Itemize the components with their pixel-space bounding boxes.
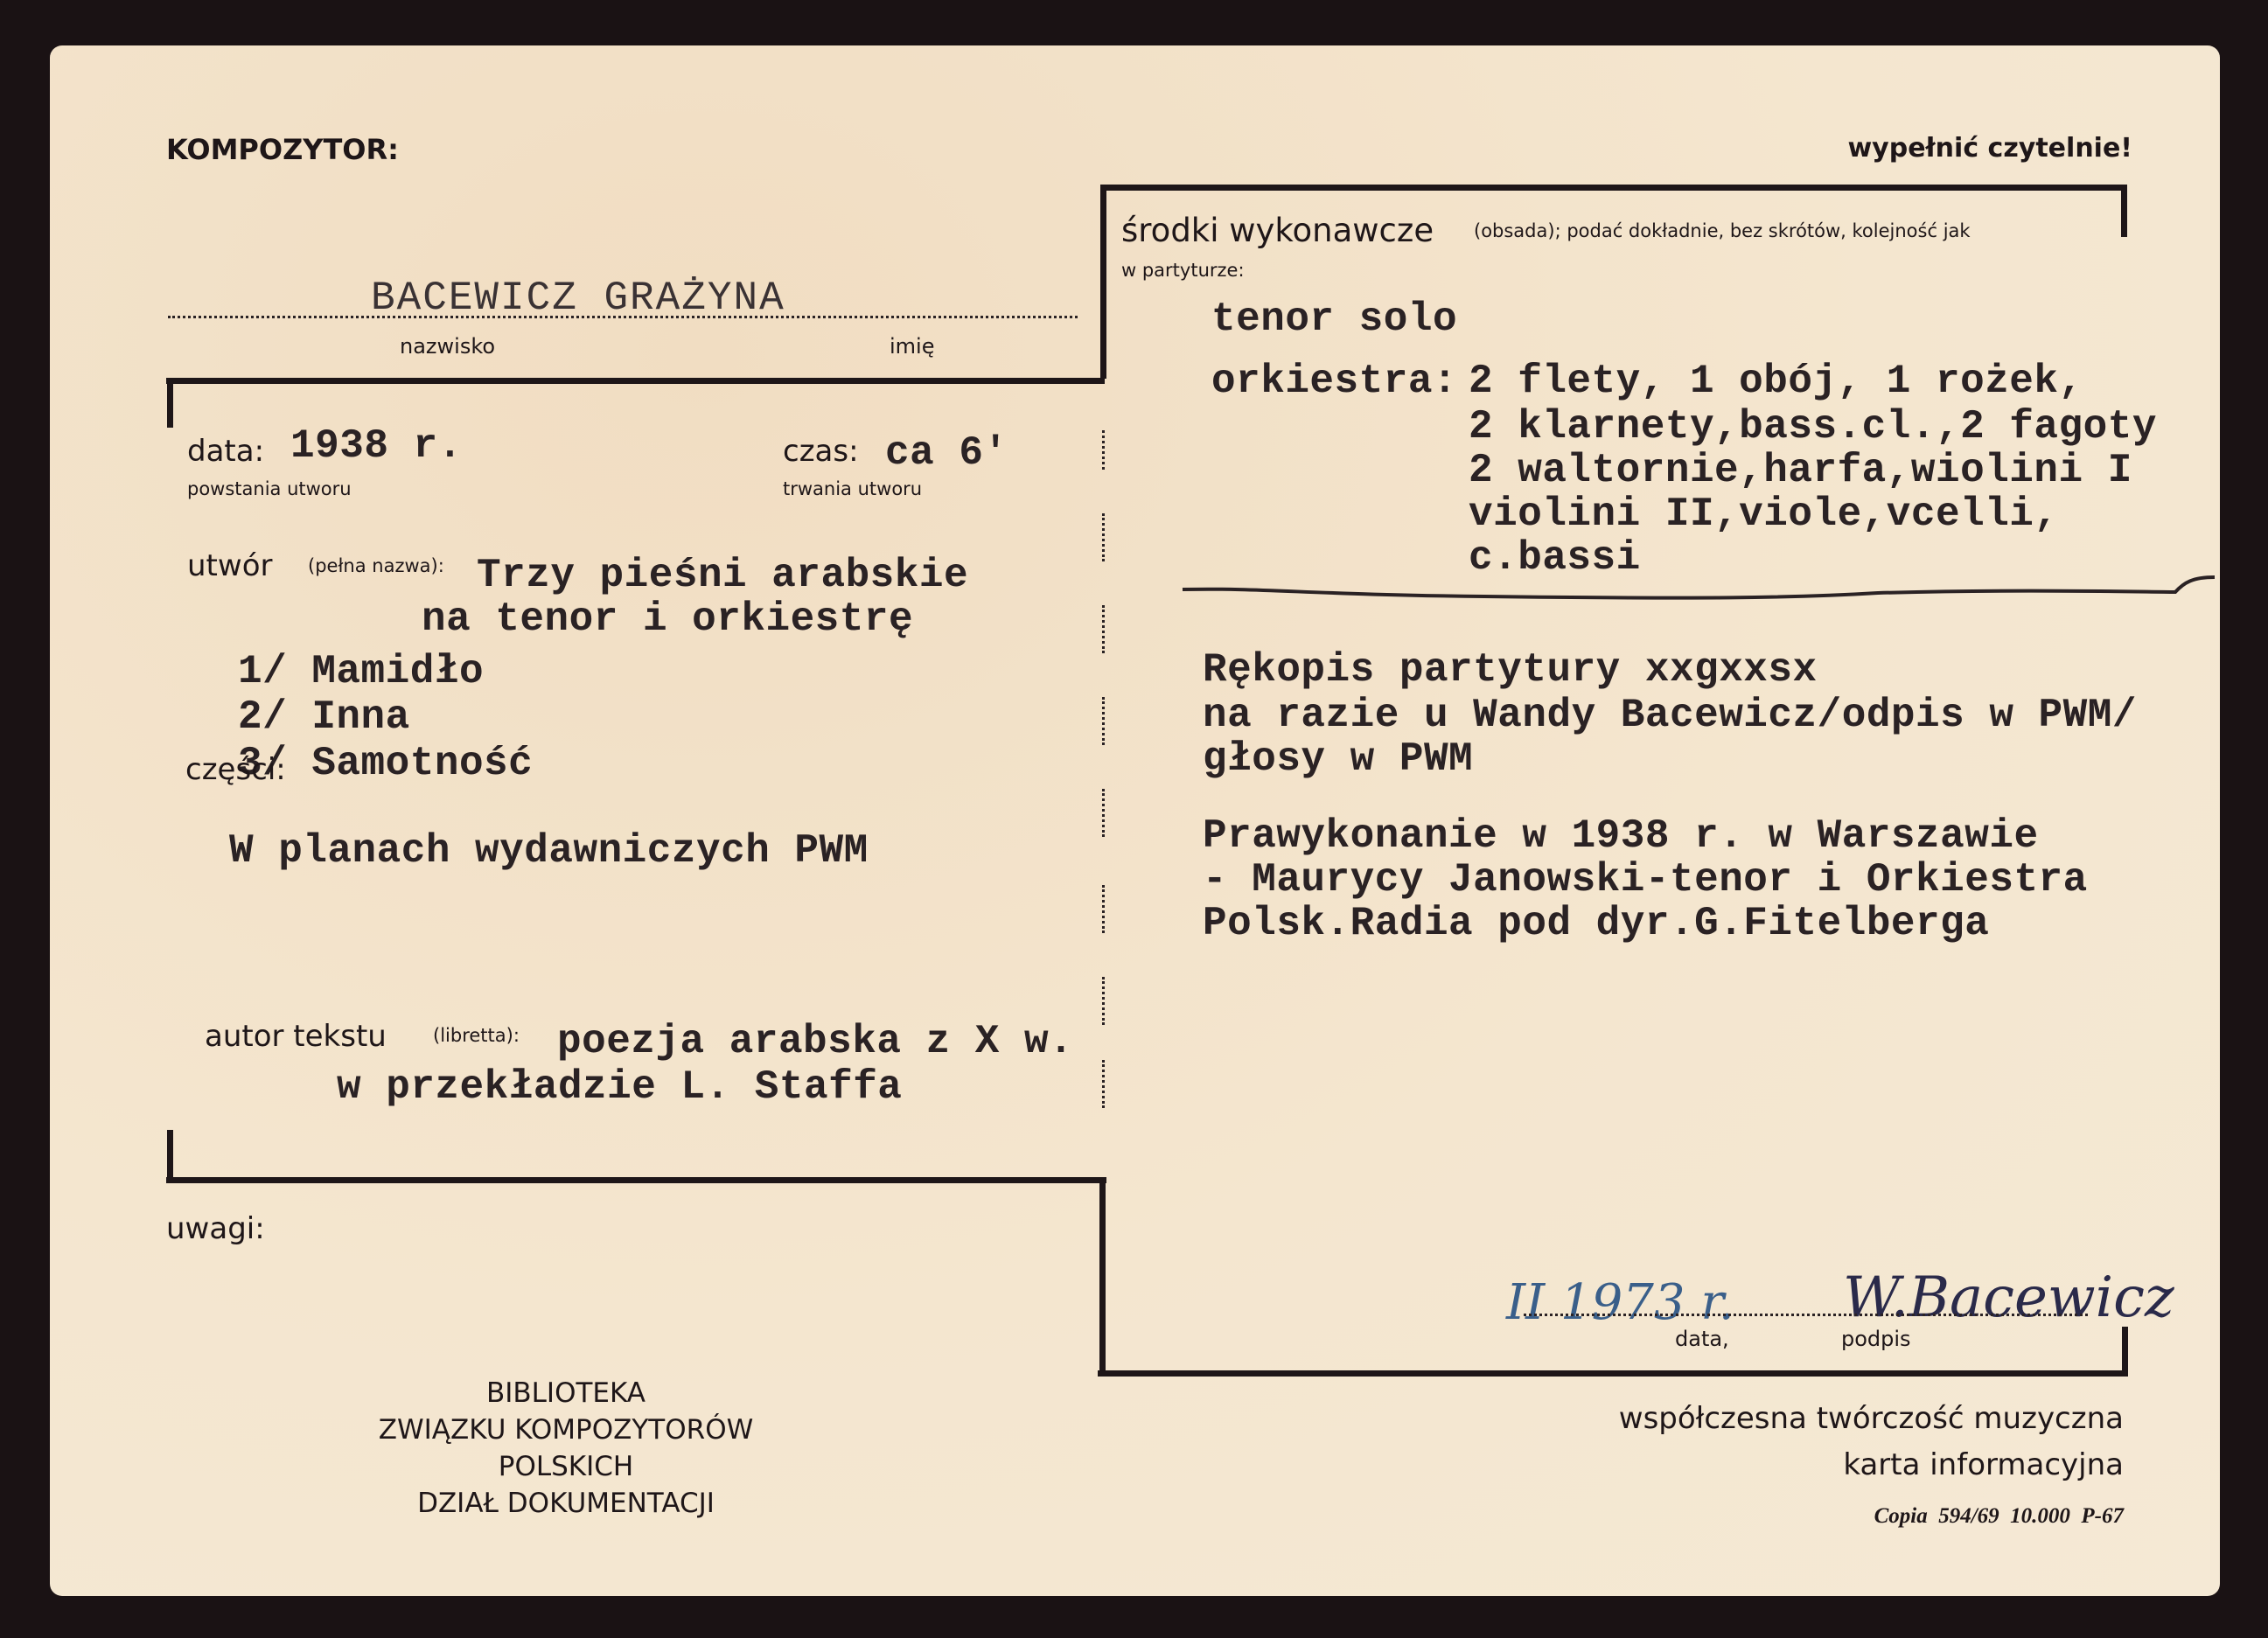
signature-dotted-line bbox=[1524, 1314, 2088, 1316]
manuscript-line: na razie u Wandy Bacewicz/odpis w PWM/ bbox=[1203, 693, 2137, 738]
hand-drawn-separator bbox=[1178, 570, 2228, 605]
work-title-line1: Trzy pieśni arabskie bbox=[477, 553, 968, 598]
left-box-top-tick bbox=[167, 382, 173, 428]
work-label-note: (pełna nazwa): bbox=[308, 555, 444, 576]
left-box-bottom-tick bbox=[167, 1130, 173, 1178]
card-type: karta informacyjna bbox=[1843, 1447, 2124, 1482]
orchestra-line: 2 flety, 1 obój, 1 rożek, bbox=[1469, 359, 2083, 404]
vertical-dotted-separator bbox=[1102, 977, 1105, 1025]
premiere-line: - Maurycy Janowski-tenor i Orkiestra bbox=[1203, 857, 2088, 903]
text-author-line1: poezja arabska z X w. bbox=[557, 1019, 1073, 1064]
right-lower-box-bottom-line bbox=[1098, 1370, 2128, 1377]
duration-value: ca 6′ bbox=[885, 430, 1008, 476]
date-caption: powstania utworu bbox=[187, 478, 352, 499]
date-value: 1938 r. bbox=[290, 423, 463, 469]
duration-label: czas: bbox=[783, 434, 859, 469]
work-label: utwór bbox=[187, 548, 272, 583]
handwritten-signature: W.Bacewicz bbox=[1843, 1265, 2174, 1330]
remarks-label: uwagi: bbox=[166, 1211, 265, 1246]
premiere-line: Polsk.Radia pod dyr.G.Fitelberga bbox=[1203, 901, 1989, 946]
date-label: data: bbox=[187, 434, 264, 469]
library-block: BIBLIOTEKA ZWIĄZKU KOMPOZYTORÓW POLSKICH… bbox=[312, 1375, 820, 1522]
right-box-left-edge bbox=[1100, 188, 1106, 379]
orchestra-line: violini II,viole,vcelli, bbox=[1469, 491, 2059, 537]
text-author-label: autor tekstu bbox=[205, 1019, 387, 1054]
manuscript-line: głosy w PWM bbox=[1203, 736, 1473, 782]
library-line: BIBLIOTEKA bbox=[312, 1375, 820, 1411]
publishing-note: W planach wydawniczych PWM bbox=[229, 828, 869, 874]
text-author-line2: w przekładzie L. Staffa bbox=[337, 1064, 902, 1110]
vertical-dotted-separator bbox=[1102, 605, 1105, 653]
vertical-dotted-separator bbox=[1102, 789, 1105, 837]
right-box-top-line bbox=[1100, 185, 2127, 191]
parts-label: części: bbox=[185, 752, 286, 787]
left-box-bottom-line bbox=[166, 1177, 1106, 1183]
name-dotted-line bbox=[168, 316, 1078, 318]
right-lower-box-tick bbox=[2122, 1327, 2128, 1375]
orchestra-line: 2 klarnety,bass.cl.,2 fagoty bbox=[1469, 404, 2157, 450]
soloist: tenor solo bbox=[1211, 296, 1457, 342]
vertical-dotted-separator bbox=[1102, 513, 1105, 561]
fill-legibly-instruction: wypełnić czytelnie! bbox=[1847, 133, 2132, 164]
composer-name-typed: BACEWICZ GRAŻYNA bbox=[371, 275, 785, 321]
orchestra-line: 2 waltornie,harfa,wiolini I bbox=[1469, 448, 2132, 493]
library-line: ZWIĄZKU KOMPOZYTORÓW POLSKICH bbox=[312, 1411, 820, 1485]
surname-caption: nazwisko bbox=[400, 334, 495, 359]
duration-caption: trwania utworu bbox=[783, 478, 922, 499]
firstname-caption: imię bbox=[890, 334, 934, 359]
work-title-line2: na tenor i orkiestrę bbox=[422, 596, 913, 642]
instrumentation-label-note: (obsada); podać dokładnie, bez skrótów, … bbox=[1474, 220, 1971, 241]
instrumentation-label-line2: w partyturze: bbox=[1121, 260, 1245, 281]
vertical-dotted-separator bbox=[1102, 697, 1105, 745]
part-item: 2/ Inna bbox=[238, 694, 410, 740]
date-caption-signature: data, bbox=[1675, 1327, 1729, 1351]
left-box-top-line bbox=[166, 378, 1105, 384]
orchestra-label: orkiestra: bbox=[1211, 359, 1457, 404]
premiere-line: Prawykonanie w 1938 r. w Warszawie bbox=[1203, 813, 2039, 859]
composer-label: KOMPOZYTOR: bbox=[166, 133, 399, 166]
text-author-label-note: (libretta): bbox=[433, 1025, 520, 1046]
part-item: 1/ Mamidło bbox=[238, 649, 484, 694]
right-box-top-tick bbox=[2121, 189, 2127, 237]
vertical-dotted-separator bbox=[1102, 885, 1105, 933]
instrumentation-label: środki wykonawcze bbox=[1121, 212, 1434, 249]
manuscript-line: Rękopis partytury xxgxxsx bbox=[1203, 647, 1818, 693]
vertical-dotted-separator bbox=[1102, 430, 1105, 470]
vertical-dotted-separator bbox=[1102, 1060, 1105, 1108]
series-title: współczesna twórczość muzyczna bbox=[1619, 1401, 2124, 1436]
information-card: KOMPOZYTOR: wypełnić czytelnie! BACEWICZ… bbox=[50, 45, 2220, 1596]
right-lower-box-left-edge bbox=[1099, 1182, 1106, 1370]
handwritten-date: II 1973 r. bbox=[1506, 1274, 1734, 1331]
library-line: DZIAŁ DOKUMENTACJI bbox=[312, 1485, 820, 1522]
print-info: Copia 594/69 10.000 P-67 bbox=[1874, 1504, 2124, 1529]
signature-caption: podpis bbox=[1841, 1327, 1911, 1351]
